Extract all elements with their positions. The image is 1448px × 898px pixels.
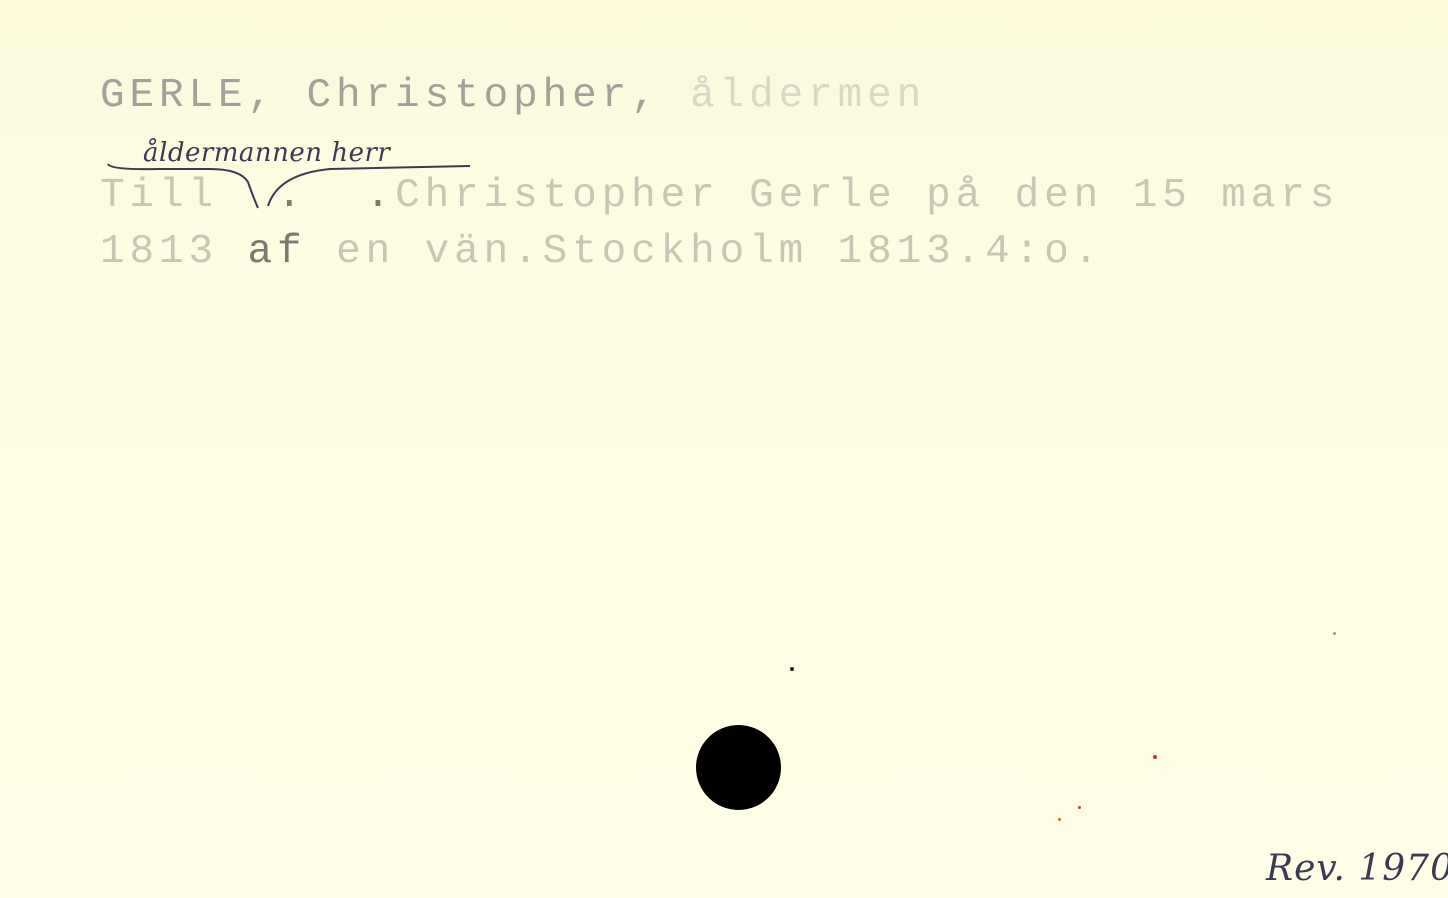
speck [1078, 806, 1081, 809]
imprint-rest: en vän.Stockholm 1813.4:o. [336, 229, 1103, 275]
speck [790, 667, 794, 671]
imprint-line: 1813 af en vän.Stockholm 1813.4:o. [100, 232, 1103, 273]
title-punct: . [366, 173, 396, 219]
heading-given-name: Christopher, [307, 73, 661, 119]
speck [1333, 632, 1336, 635]
punch-hole [696, 725, 781, 810]
title-rest: Christopher Gerle på den 15 mars [395, 173, 1339, 219]
title-line: Till . .Christopher Gerle på den 15 mars [100, 176, 1339, 217]
catalog-card: GERLE, Christopher, åldermen åldermannen… [0, 0, 1448, 898]
imprint-af: af [248, 229, 307, 275]
revision-note: Rev. 1970 [1266, 848, 1448, 889]
title-prefix: Till [100, 173, 218, 219]
heading-struck-title: åldermen [690, 73, 926, 119]
title-punct: . [277, 173, 307, 219]
imprint-year: 1813 [100, 229, 218, 275]
heading-surname: GERLE, [100, 73, 277, 119]
speck [1153, 755, 1157, 759]
card-heading: GERLE, Christopher, åldermen [100, 76, 926, 117]
speck [1058, 818, 1061, 821]
